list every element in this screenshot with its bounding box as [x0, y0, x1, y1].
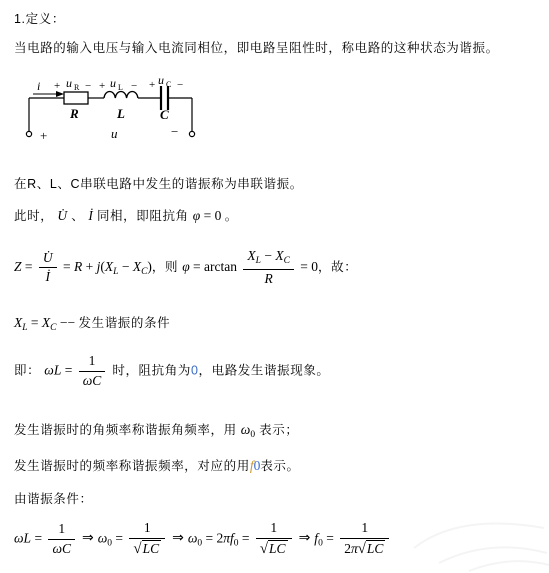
- polarity-plus: +: [99, 80, 105, 92]
- document-page: { "colors": { "link_blue": "#3b6cc8", "l…: [0, 0, 549, 573]
- frequency-derivation-formula: ωL = 1ωC⇒ω0 = 1√LC⇒ω0 = 2πf0 = 1√LC⇒f0 =…: [14, 520, 392, 558]
- ul-sub: L: [118, 83, 123, 92]
- inductor-label: L: [116, 106, 125, 121]
- polarity-minus: −: [131, 80, 137, 92]
- source-voltage-label: u: [111, 126, 118, 141]
- source-plus: +: [40, 128, 47, 143]
- definition-paragraph: 当电路的输入电压与输入电流同相位，即电路呈阻性时，称电路的这种状态为谐振。: [14, 38, 499, 56]
- from-condition-paragraph: 由谐振条件：: [14, 489, 93, 507]
- source-minus: −: [171, 124, 178, 139]
- uc-label: u: [158, 73, 164, 87]
- section-heading: 1.定义：: [14, 9, 65, 27]
- angular-frequency-paragraph: 发生谐振时的角频率称谐振角频率，用 ω0 表示；: [14, 420, 298, 440]
- ul-label: u: [110, 76, 116, 90]
- rlc-circuit-diagram: i + u R − + u L − + u C − R L C + u −: [10, 73, 215, 156]
- resonance-condition-line: XL = XC −− 发生谐振的条件: [14, 313, 170, 333]
- ur-label: u: [66, 76, 72, 90]
- terminal-right: [189, 131, 194, 136]
- polarity-plus: +: [54, 80, 60, 92]
- circuit-svg: i + u R − + u L − + u C − R L C + u −: [10, 73, 215, 151]
- polarity-plus: +: [149, 79, 155, 91]
- watermark: [409, 493, 549, 573]
- polarity-minus: −: [177, 79, 183, 91]
- resistor-label: R: [69, 106, 79, 121]
- uc-sub: C: [166, 80, 171, 89]
- polarity-minus: −: [85, 80, 91, 92]
- terminal-left: [26, 131, 31, 136]
- resistor-symbol: [64, 92, 88, 104]
- frequency-paragraph: 发生谐振时的频率称谐振频率，对应的用f0表示。: [14, 456, 300, 474]
- capacitor-label: C: [160, 107, 169, 122]
- inductor-symbol: [104, 91, 138, 98]
- omega-condition-line: 即： ωL = 1ωC 时，阻抗角为0，电路发生谐振现象。: [14, 353, 330, 390]
- ur-sub: R: [74, 83, 80, 92]
- phase-line: 此时， U̇ 、 İ 同相，即阻抗角 φ = 0 。: [14, 206, 238, 224]
- impedance-formula: Z = U̇İ = R + j(XL − XC)，则 φ = arctan X…: [14, 248, 357, 288]
- series-resonance-paragraph: 在R、L、C串联电路中发生的谐振称为串联谐振。: [14, 174, 303, 192]
- current-label: i: [37, 79, 40, 93]
